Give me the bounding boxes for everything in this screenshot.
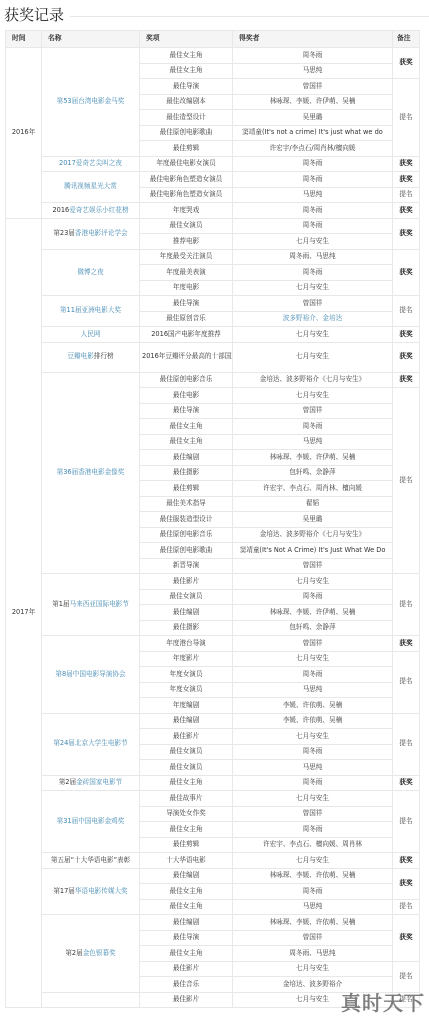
- winner-cell: 波多野裕介、金培达: [233, 311, 393, 327]
- winner-cell: 七月与安生: [233, 234, 393, 250]
- status-note-cell: 获奖: [393, 775, 420, 791]
- status-note-cell: 获奖: [393, 868, 420, 899]
- award-cell: 最佳剪辑: [140, 837, 233, 853]
- table-row: 第8届中国电影导演协会年度港台导演曾国祥获奖: [6, 636, 420, 652]
- award-cell: 最佳美术指导: [140, 496, 233, 512]
- award-cell: 年度影片: [140, 651, 233, 667]
- award-cell: 最佳摄影: [140, 620, 233, 636]
- award-cell: 最佳导演: [140, 403, 233, 419]
- table-row: 第1届马来西亚国际电影节最佳影片七月与安生提名: [6, 574, 420, 590]
- status-note-cell: 提名: [393, 791, 420, 853]
- award-cell: 年度最美表演: [140, 265, 233, 281]
- winner-cell: 金培达、波多野裕介《七月与安生》: [233, 527, 393, 543]
- status-note-cell: 提名: [393, 79, 420, 157]
- status-note-cell: 提名: [393, 296, 420, 327]
- winner-cell: 周冬雨: [233, 775, 393, 791]
- event-name-link[interactable]: 腾讯视频星光大赏: [64, 182, 117, 190]
- award-cell: 最佳女主角: [140, 48, 233, 64]
- status-note-cell: 提名: [393, 651, 420, 713]
- award-cell: 最佳电影: [140, 388, 233, 404]
- event-name-link[interactable]: 第31届中国电影金鸡奖: [57, 817, 125, 825]
- award-cell: 最佳导演: [140, 79, 233, 95]
- event-name-cell: 第36届香港电影金像奖: [42, 372, 140, 574]
- winner-cell: 林咏琛、李媛、许伊萌、吴楠: [233, 605, 393, 621]
- event-name-cell: 人民网: [42, 327, 140, 343]
- event-name-link[interactable]: 马来西亚国际电影节: [70, 600, 129, 608]
- winner-cell: 七月与安生: [233, 853, 393, 869]
- award-cell: 最佳女主角: [140, 775, 233, 791]
- winner-cell: 马思纯: [233, 682, 393, 698]
- award-cell: 最佳女主角: [140, 434, 233, 450]
- award-cell: 新晋导演: [140, 558, 233, 574]
- award-cell: 年度最受关注演员: [140, 249, 233, 265]
- award-cell: 最佳女主角: [140, 822, 233, 838]
- event-name-text: 第2届: [65, 949, 82, 957]
- event-name-link[interactable]: 2017爱奇艺尖叫之夜: [59, 159, 122, 167]
- award-cell: 最佳女主角: [140, 946, 233, 962]
- award-cell: 年度编剧: [140, 698, 233, 714]
- status-note-cell: 获奖: [393, 327, 420, 343]
- status-note-cell: 获奖: [393, 156, 420, 172]
- award-cell: 年度港台导演: [140, 636, 233, 652]
- event-name-text: 第五届“十大华语电影”表彰: [51, 856, 130, 864]
- status-note-cell: 提名: [393, 388, 420, 574]
- award-cell: 最佳导演: [140, 296, 233, 312]
- winner-cell: 七月与安生: [233, 651, 393, 667]
- award-cell: 最佳电影角色塑造女演员: [140, 187, 233, 203]
- award-cell: 最佳服装造型设计: [140, 512, 233, 528]
- winner-cell: 马思纯: [233, 63, 393, 79]
- award-cell: 最佳女主角: [140, 419, 233, 435]
- winner-cell: 翟韬: [233, 496, 393, 512]
- award-cell: 最佳女演员: [140, 218, 233, 234]
- award-cell: 最佳改编剧本: [140, 94, 233, 110]
- winner-cell: 七月与安生: [233, 388, 393, 404]
- winner-cell: 马思纯: [233, 760, 393, 776]
- award-cell: 最佳编剧: [140, 450, 233, 466]
- event-name-suffix: 排行榜: [94, 352, 114, 360]
- winner-cell: 周冬雨: [233, 48, 393, 64]
- table-row: 第36届香港电影金像奖最佳原创电影音乐金培达、波多野裕介《七月与安生》获奖: [6, 372, 420, 388]
- winner-cell: 包轩鸣、余静萍: [233, 620, 393, 636]
- winner-cell: 吴里璐: [233, 110, 393, 126]
- award-cell: 年度电影: [140, 280, 233, 296]
- year-cell: 2017年: [6, 218, 42, 1008]
- event-name-link[interactable]: 微博之夜: [77, 268, 103, 276]
- event-name-cell: 第23届香港电影评论学会: [42, 218, 140, 249]
- winner-link[interactable]: 波多野裕介、金培达: [283, 314, 342, 322]
- header-time: 时间: [6, 31, 42, 48]
- event-name-cell: [42, 992, 140, 1008]
- award-cell: 2016年豆瓣评分最高的十部国产电影（第八名）: [140, 342, 233, 372]
- table-row: 微博之夜年度最受关注演员周冬雨、马思纯获奖: [6, 249, 420, 265]
- award-cell: 最佳编剧: [140, 605, 233, 621]
- event-name-cell: 第53届台湾电影金马奖: [42, 48, 140, 157]
- award-cell: 最佳女主角: [140, 899, 233, 915]
- event-name-link[interactable]: 华语电影传媒大奖: [75, 887, 128, 895]
- winner-cell: 七月与安生: [233, 574, 393, 590]
- event-name-link[interactable]: 第24届北京大学生电影节: [53, 739, 127, 747]
- table-row: 人民网2016国产电影年度推荐七月与安生获奖: [6, 327, 420, 343]
- event-name-cell: 2016爱奇艺娱乐小红花榜: [42, 203, 140, 219]
- winner-cell: 许宏宇、李点石、周肖林、檀向媛: [233, 481, 393, 497]
- winner-cell: 金培达、波多野裕介《七月与安生》: [233, 372, 393, 388]
- section-title: 获奖记录: [4, 4, 64, 25]
- watermark: 真时天下: [341, 987, 425, 1016]
- award-cell: 最佳影片: [140, 992, 233, 1008]
- table-row: 第11届亚洲电影大奖最佳导演曾国祥提名: [6, 296, 420, 312]
- award-cell: 2016国产电影年度推荐: [140, 327, 233, 343]
- title-divider: [70, 16, 429, 17]
- winner-cell: 曾国祥: [233, 296, 393, 312]
- award-cell: 年度最佳电影女演员: [140, 156, 233, 172]
- event-name-cell: 2017爱奇艺尖叫之夜: [42, 156, 140, 172]
- award-cell: 最佳女演员: [140, 744, 233, 760]
- event-name-cell: 第8届中国电影导演协会: [42, 636, 140, 714]
- winner-cell: 周冬雨、马思纯: [233, 249, 393, 265]
- winner-cell: 李媛、许依萌、吴楠: [233, 698, 393, 714]
- winner-cell: 吴里璐: [233, 512, 393, 528]
- event-name-link[interactable]: 金砖国家电影节: [76, 778, 122, 786]
- winner-cell: 七月与安生: [233, 280, 393, 296]
- award-cell: 最佳原创电影音乐: [140, 527, 233, 543]
- status-note-cell: 获奖: [393, 342, 420, 372]
- winner-cell: 马思纯: [233, 187, 393, 203]
- table-row: 第五届“十大华语电影”表彰十大华语电影七月与安生获奖: [6, 853, 420, 869]
- award-cell: 最佳编剧: [140, 713, 233, 729]
- header-award: 奖项: [140, 31, 233, 48]
- table-header-row: 时间 名称 奖项 得奖者 备注: [6, 31, 420, 48]
- winner-cell: 许宏宇、李点石、檀向媛、周肖林: [233, 837, 393, 853]
- event-name-cell: 第1届马来西亚国际电影节: [42, 574, 140, 636]
- table-row: 2016爱奇艺娱乐小红花榜年度哭戏周冬雨获奖: [6, 203, 420, 219]
- status-note-cell: 获奖: [393, 372, 420, 388]
- event-name-text: 第23届: [53, 229, 75, 237]
- winner-cell: 七月与安生: [233, 961, 393, 977]
- year-cell: 2016年: [6, 48, 42, 219]
- award-cell: 最佳女主角: [140, 63, 233, 79]
- table-row: 2017年第23届香港电影评论学会最佳女演员周冬雨获奖: [6, 218, 420, 234]
- award-cell: 最佳电影角色塑造女演员: [140, 172, 233, 188]
- winner-cell: 七月与安生: [233, 729, 393, 745]
- winner-cell: 曾国祥: [233, 636, 393, 652]
- winner-cell: 林咏琛、李媛、许依萌、吴楠: [233, 915, 393, 931]
- event-name-cell: 第2届金色银幕奖: [42, 915, 140, 993]
- event-name-link[interactable]: 爱奇艺娱乐小红花榜: [69, 206, 128, 214]
- table-body: 2016年第53届台湾电影金马奖最佳女主角周冬雨获奖最佳女主角马思纯最佳导演曾国…: [6, 48, 420, 1008]
- winner-cell: 曾国祥: [233, 79, 393, 95]
- winner-cell: 七月与安生: [233, 327, 393, 343]
- award-cell: 最佳编剧: [140, 868, 233, 884]
- table-row: 2017爱奇艺尖叫之夜年度最佳电影女演员周冬雨获奖: [6, 156, 420, 172]
- award-cell: 最佳原创音乐: [140, 311, 233, 327]
- winner-cell: 周冬雨: [233, 218, 393, 234]
- winner-cell: 周冬雨、马思纯: [233, 946, 393, 962]
- event-name-link[interactable]: 金色银幕奖: [83, 949, 116, 957]
- award-cell: 最佳原创电影音乐: [140, 372, 233, 388]
- award-cell: 最佳女主角: [140, 884, 233, 900]
- event-name-link[interactable]: 人民网: [81, 330, 101, 338]
- event-name-cell: 第2届金砖国家电影节: [42, 775, 140, 791]
- award-cell: 最佳音乐: [140, 977, 233, 993]
- award-cell: 最佳原创电影歌曲: [140, 543, 233, 559]
- winner-cell: 七月与安生: [233, 791, 393, 807]
- event-name-cell: 第17届华语电影传媒大奖: [42, 868, 140, 915]
- winner-cell: 许宏宇/李点石/周肖林/檀向媛: [233, 141, 393, 157]
- winner-cell: 周冬雨: [233, 156, 393, 172]
- header-winner: 得奖者: [233, 31, 393, 48]
- winner-cell: 周冬雨: [233, 822, 393, 838]
- event-name-link[interactable]: 香港电影评论学会: [75, 229, 128, 237]
- winner-cell: 曾国祥: [233, 930, 393, 946]
- award-cell: 最佳影片: [140, 729, 233, 745]
- header-name: 名称: [42, 31, 140, 48]
- status-note-cell: 获奖: [393, 853, 420, 869]
- table-row: 第31届中国电影金鸡奖最佳故事片七月与安生提名: [6, 791, 420, 807]
- status-note-cell: 提名: [393, 713, 420, 775]
- award-cell: 年度哭戏: [140, 203, 233, 219]
- event-name-cell: 腾讯视频星光大赏: [42, 172, 140, 203]
- award-cell: 最佳导演: [140, 930, 233, 946]
- section-header: 获奖记录: [4, 2, 429, 26]
- winner-cell: 曾国祥: [233, 403, 393, 419]
- status-note-cell: 获奖: [393, 48, 420, 79]
- winner-cell: 周冬雨: [233, 744, 393, 760]
- status-note-cell: 获奖: [393, 203, 420, 219]
- winner-cell: 窦靖童(It's Not A Crime) It's Just What We …: [233, 543, 393, 559]
- header-note: 备注: [393, 31, 420, 48]
- status-note-cell: 提名: [393, 899, 420, 915]
- event-name-link[interactable]: 豆瓣电影: [67, 352, 93, 360]
- winner-cell: 林咏琛、李媛、许伊萌、吴楠: [233, 450, 393, 466]
- award-cell: 最佳剪辑: [140, 481, 233, 497]
- winner-cell: 周冬雨: [233, 172, 393, 188]
- event-name-text: 第17届: [53, 887, 75, 895]
- table-row: 豆瓣电影排行榜2016年豆瓣评分最高的十部国产电影（第八名）七月与安生获奖: [6, 342, 420, 372]
- winner-cell: 周冬雨: [233, 419, 393, 435]
- award-cell: 最佳剪辑: [140, 141, 233, 157]
- winner-cell: 林咏琛、李媛、许伊萌、吴楠: [233, 94, 393, 110]
- winner-cell: 曾国祥: [233, 806, 393, 822]
- event-name-link[interactable]: 第11届亚洲电影大奖: [60, 306, 121, 314]
- event-name-cell: 第31届中国电影金鸡奖: [42, 791, 140, 853]
- award-cell: 最佳影片: [140, 961, 233, 977]
- status-note-cell: 提名: [393, 574, 420, 636]
- event-name-link[interactable]: 第36届香港电影金像奖: [57, 468, 125, 476]
- winner-cell: 曾国祥: [233, 558, 393, 574]
- award-cell: 最佳造型设计: [140, 110, 233, 126]
- event-name-link[interactable]: 第53届台湾电影金马奖: [57, 97, 125, 105]
- award-cell: 导演处女作奖: [140, 806, 233, 822]
- award-cell: 年度女演员: [140, 667, 233, 683]
- award-cell: 年度女演员: [140, 682, 233, 698]
- winner-cell: 周冬雨: [233, 203, 393, 219]
- award-cell: 最佳编剧: [140, 915, 233, 931]
- winner-cell: 窦靖童(It's not a crime) It's just what we …: [233, 125, 393, 141]
- event-name-cell: 微博之夜: [42, 249, 140, 296]
- award-cell: 最佳原创电影歌曲: [140, 125, 233, 141]
- table-row: 腾讯视频星光大赏最佳电影角色塑造女演员周冬雨获奖: [6, 172, 420, 188]
- status-note-cell: 获奖: [393, 218, 420, 249]
- winner-cell: 周冬雨: [233, 589, 393, 605]
- event-name-cell: 豆瓣电影排行榜: [42, 342, 140, 372]
- winner-cell: 李媛、许依萌、吴楠: [233, 713, 393, 729]
- award-cell: 最佳故事片: [140, 791, 233, 807]
- event-name-text: 2016: [52, 206, 69, 214]
- status-note-cell: 提名: [393, 187, 420, 203]
- table-row: 2016年第53届台湾电影金马奖最佳女主角周冬雨获奖: [6, 48, 420, 64]
- table-row: 第2届金色银幕奖最佳编剧林咏琛、李媛、许依萌、吴楠获奖: [6, 915, 420, 931]
- awards-table: 时间 名称 奖项 得奖者 备注 2016年第53届台湾电影金马奖最佳女主角周冬雨…: [5, 30, 420, 1008]
- award-cell: 推荐电影: [140, 234, 233, 250]
- status-note-cell: 获奖: [393, 249, 420, 296]
- event-name-text: 第2届: [59, 778, 76, 786]
- award-cell: 最佳女演员: [140, 589, 233, 605]
- winner-cell: 马思纯: [233, 899, 393, 915]
- award-cell: 最佳摄影: [140, 465, 233, 481]
- event-name-cell: 第24届北京大学生电影节: [42, 713, 140, 775]
- winner-cell: 包轩鸣、余静萍: [233, 465, 393, 481]
- status-note-cell: 获奖: [393, 915, 420, 962]
- table-row: 第2届金砖国家电影节最佳女主角周冬雨获奖: [6, 775, 420, 791]
- status-note-cell: 获奖: [393, 636, 420, 652]
- winner-cell: 七月与安生: [233, 342, 393, 372]
- winner-cell: 周冬雨: [233, 667, 393, 683]
- award-cell: 最佳女演员: [140, 760, 233, 776]
- event-name-cell: 第五届“十大华语电影”表彰: [42, 853, 140, 869]
- winner-cell: 马思纯: [233, 434, 393, 450]
- event-name-cell: 第11届亚洲电影大奖: [42, 296, 140, 327]
- winner-cell: 周冬雨: [233, 884, 393, 900]
- event-name-link[interactable]: 第8届中国电影导演协会: [55, 670, 125, 678]
- status-note-cell: 获奖: [393, 172, 420, 188]
- table-row: 第24届北京大学生电影节最佳编剧李媛、许依萌、吴楠提名: [6, 713, 420, 729]
- event-name-text: 第1届: [52, 600, 69, 608]
- winner-cell: 周冬雨: [233, 265, 393, 281]
- award-cell: 十大华语电影: [140, 853, 233, 869]
- table-row: 第17届华语电影传媒大奖最佳编剧林咏琛、李媛、许依萌、吴楠获奖: [6, 868, 420, 884]
- award-cell: 最佳影片: [140, 574, 233, 590]
- winner-cell: 林咏琛、李媛、许依萌、吴楠: [233, 868, 393, 884]
